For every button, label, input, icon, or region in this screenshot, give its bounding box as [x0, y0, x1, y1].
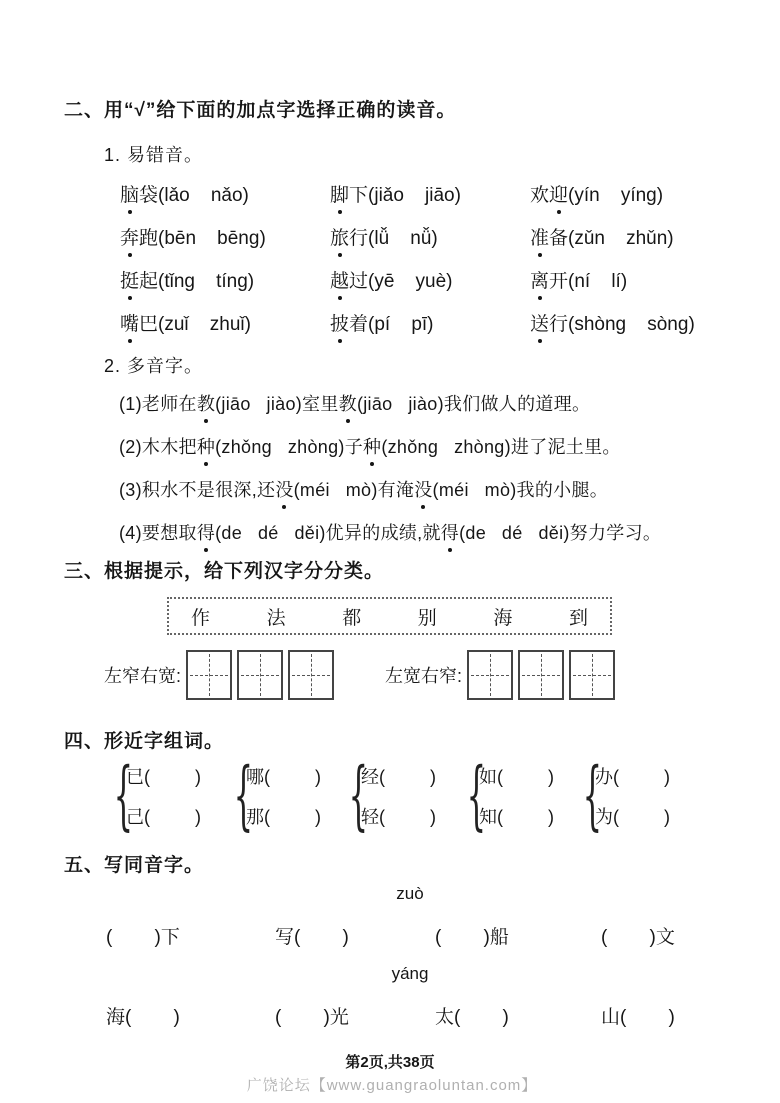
brace: {: [234, 711, 246, 883]
char: 开: [549, 266, 568, 293]
dotted-char: 旅: [330, 223, 349, 250]
pair-line: 那( ): [246, 797, 321, 837]
pair-line: 己( ): [126, 797, 201, 837]
homophone-row: 海( )( )光太( )山( ): [0, 1002, 780, 1032]
dotted-char: 脚: [330, 180, 349, 207]
char: 着: [349, 309, 368, 336]
homophone-group: zuò ( )下写( )( )船( )文: [0, 884, 780, 964]
dotted-char: 得: [197, 519, 215, 545]
dotted-char: 离: [530, 266, 549, 293]
dotted-char: 越: [330, 266, 349, 293]
pair-column: 办( )为( ): [595, 757, 670, 837]
char-box: 作法都别海到: [167, 597, 612, 635]
dotted-char: 没: [275, 476, 293, 502]
pair-line: 哪( ): [246, 757, 321, 797]
pinyin-options: (shòng sòng): [568, 314, 695, 335]
char: 跑: [139, 223, 158, 250]
word-item: 脚下(jiǎo jiāo): [330, 180, 530, 223]
char: 欢: [530, 180, 549, 207]
char: 下: [349, 180, 368, 207]
homophone-item: ( )光: [275, 1002, 349, 1029]
pair-line: 知( ): [479, 797, 554, 837]
sentence-text: (jiāo jiào)我们做人的道理。: [357, 394, 590, 414]
sentence-text: (1)老师在: [119, 394, 197, 414]
pinyin-options: (jiǎo jiāo): [368, 185, 461, 206]
pair-line: 轻( ): [361, 797, 436, 837]
dotted-char: 准: [530, 223, 549, 250]
sentence-text: (de dé děi)优异的成绩,就: [215, 523, 441, 543]
homophone-row: ( )下写( )( )船( )文: [0, 922, 780, 952]
homophone-item: 写( ): [275, 922, 349, 949]
pinyin-options: (pí pī): [368, 314, 433, 335]
duoyinzi-sentences: (1)老师在教(jiāo jiào)室里教(jiāo jiào)我们做人的道理。…: [119, 390, 661, 562]
word-item: 准备(zǔn zhǔn): [530, 223, 760, 266]
char: 袋: [139, 180, 158, 207]
worksheet-page: 二、用“√”给下面的加点字选择正确的读音。 1. 易错音。 脑袋(lǎo nǎo…: [0, 0, 780, 1103]
char: 过: [349, 266, 368, 293]
sentence-text: (de dé děi)努力学习。: [459, 523, 661, 543]
homophone-item: 太( ): [435, 1002, 509, 1029]
grid-cells: [467, 650, 615, 700]
homophone-group: yáng 海( )( )光太( )山( ): [0, 964, 780, 1044]
dotted-char: 脑: [120, 180, 139, 207]
word-item: 披着(pí pī): [330, 309, 530, 352]
dotted-char: 嘴: [120, 309, 139, 336]
practice-grid-cell: [467, 650, 513, 700]
page-number: 第2页,共38页: [345, 1051, 434, 1072]
classify-label: 左窄右宽:: [104, 662, 181, 688]
sentence-text: (zhǒng zhòng)子: [215, 437, 363, 457]
pair-line: 如( ): [479, 757, 554, 797]
practice-grid-cell: [288, 650, 334, 700]
dotted-char: 种: [363, 433, 381, 459]
section2-title: 二、用“√”给下面的加点字选择正确的读音。: [64, 95, 456, 122]
word-item: 旅行(lǚ nǚ): [330, 223, 530, 266]
pinyin-options: (zuǐ zhuǐ): [158, 314, 251, 335]
sentence-text: (3)积水不是很深,还: [119, 480, 275, 500]
pinyin-options: (yē yuè): [368, 271, 452, 292]
pinyin-options: (lǎo nǎo): [158, 185, 249, 206]
pair-line: 办( ): [595, 757, 670, 797]
pinyin-options: (zǔn zhǔn): [568, 228, 674, 249]
pair-group: {已( )己( ): [113, 757, 201, 837]
practice-grid-cell: [237, 650, 283, 700]
dotted-char: 送: [530, 309, 549, 336]
homophone-item: ( )船: [435, 922, 509, 949]
pair-line: 为( ): [595, 797, 670, 837]
section2-sub1-title: 1. 易错音。: [104, 141, 203, 167]
brace: {: [467, 711, 479, 883]
word-item: 离开(ní lí): [530, 266, 760, 309]
char: 起: [139, 266, 158, 293]
char: 行: [549, 309, 568, 336]
pinyin-label: zuò: [396, 884, 423, 904]
classify-group: 左窄右宽:: [104, 650, 334, 700]
section4-title: 四、形近字组词。: [64, 726, 224, 753]
dotted-char: 教: [197, 390, 215, 416]
sentence-text: (4)要想取: [119, 523, 197, 543]
practice-grid-cell: [186, 650, 232, 700]
dotted-char: 得: [441, 519, 459, 545]
practice-grid-cell: [518, 650, 564, 700]
pair-column: 如( )知( ): [479, 757, 554, 837]
word-item: 欢迎(yín yíng): [530, 180, 760, 223]
classify-label: 左宽右窄:: [385, 662, 462, 688]
sentence: (1)老师在教(jiāo jiào)室里教(jiāo jiào)我们做人的道理。: [119, 390, 661, 433]
char: 巴: [139, 309, 158, 336]
word-item: 送行(shòng sòng): [530, 309, 760, 352]
box-char: 别: [418, 603, 437, 630]
word-item: 脑袋(lǎo nǎo): [120, 180, 330, 223]
pinyin-options: (yín yíng): [568, 185, 663, 206]
box-char: 作: [191, 603, 210, 630]
dotted-char: 挺: [120, 266, 139, 293]
box-char: 法: [267, 603, 286, 630]
homophone-item: 山( ): [601, 1002, 675, 1029]
pair-column: 已( )己( ): [126, 757, 201, 837]
brace: {: [583, 711, 595, 883]
sentence: (3)积水不是很深,还没(méi mò)有淹没(méi mò)我的小腿。: [119, 476, 661, 519]
box-char: 海: [493, 603, 512, 630]
dotted-char: 披: [330, 309, 349, 336]
pair-group: {哪( )那( ): [233, 757, 321, 837]
pinyin-options: (ní lí): [568, 271, 627, 292]
sentence-text: (méi mò)有淹: [294, 480, 415, 500]
grid-cells: [186, 650, 334, 700]
char: 行: [349, 223, 368, 250]
dotted-char: 迎: [549, 180, 568, 207]
practice-grid-cell: [569, 650, 615, 700]
sentence-text: (méi mò)我的小腿。: [433, 480, 609, 500]
sentence: (2)木木把种(zhǒng zhòng)子种(zhǒng zhòng)进了泥土里…: [119, 433, 661, 476]
pinyin-options: (lǚ nǚ): [368, 228, 438, 249]
pair-column: 哪( )那( ): [246, 757, 321, 837]
yicuoyin-grid: 脑袋(lǎo nǎo)脚下(jiǎo jiāo)欢迎(yín yíng)奔跑(b…: [120, 180, 760, 352]
brace: {: [349, 711, 361, 883]
dotted-char: 没: [414, 476, 432, 502]
word-item: 挺起(tǐng tíng): [120, 266, 330, 309]
homophone-item: ( )下: [106, 922, 180, 949]
box-char: 都: [342, 603, 361, 630]
section2-sub2-title: 2. 多音字。: [104, 352, 203, 378]
classify-group: 左宽右窄:: [385, 650, 615, 700]
word-item: 嘴巴(zuǐ zhuǐ): [120, 309, 330, 352]
dotted-char: 种: [197, 433, 215, 459]
pinyin-options: (tǐng tíng): [158, 271, 254, 292]
watermark: 广饶论坛【www.guangraoluntan.com】: [247, 1074, 538, 1095]
pair-group: {办( )为( ): [582, 757, 670, 837]
sentence-text: (jiāo jiào)室里: [215, 394, 339, 414]
pair-group: {经( )轻( ): [348, 757, 436, 837]
pinyin-label: yáng: [392, 964, 429, 984]
sentence-text: (2)木木把: [119, 437, 197, 457]
xingjinzi-row: {已( )己( ){哪( )那( ){经( )轻( ){如( )知( ){办( …: [0, 757, 780, 842]
section3-title: 三、根据提示，给下列汉字分分类。: [64, 556, 384, 583]
pair-line: 经( ): [361, 757, 436, 797]
pinyin-options: (bēn bēng): [158, 228, 266, 249]
dotted-char: 教: [339, 390, 357, 416]
homophone-item: 海( ): [106, 1002, 180, 1029]
word-item: 越过(yē yuè): [330, 266, 530, 309]
pair-group: {如( )知( ): [466, 757, 554, 837]
box-char: 到: [569, 603, 588, 630]
pair-column: 经( )轻( ): [361, 757, 436, 837]
sentence-text: (zhǒng zhòng)进了泥土里。: [381, 437, 620, 457]
section5-title: 五、写同音字。: [64, 850, 204, 877]
homophone-item: ( )文: [601, 922, 675, 949]
word-item: 奔跑(bēn bēng): [120, 223, 330, 266]
pair-line: 已( ): [126, 757, 201, 797]
dotted-char: 奔: [120, 223, 139, 250]
char: 备: [549, 223, 568, 250]
